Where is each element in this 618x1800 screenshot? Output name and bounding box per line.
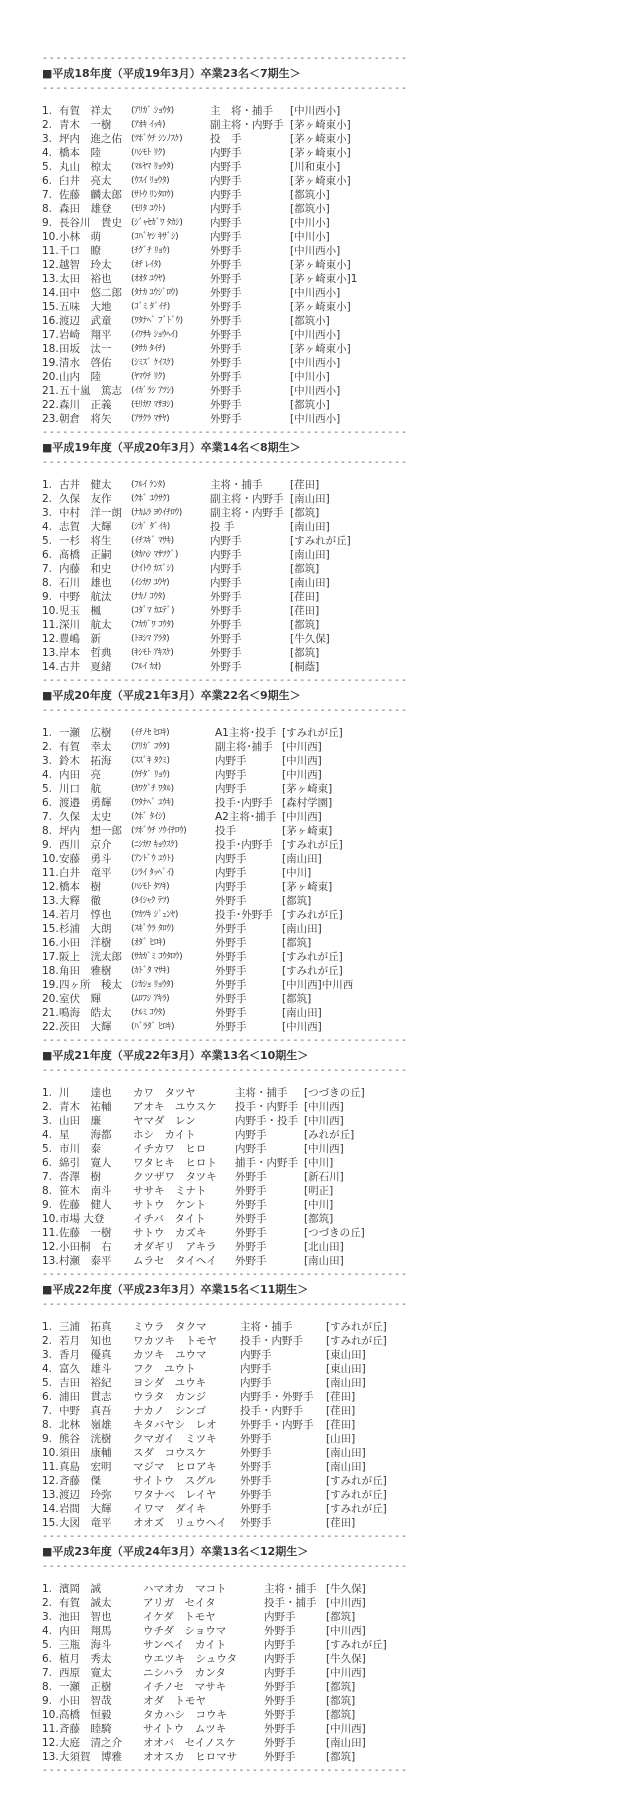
player-position: 内野手: [210, 202, 242, 216]
graduating-class-section: ----------------------------------------…: [42, 1034, 422, 1268]
player-number: 3.: [42, 506, 52, 520]
player-name-kana: イチバ タイト: [133, 1212, 206, 1226]
player-name-kana: (ｼｶｼｮ ﾘｮｳﾀ): [131, 978, 174, 992]
player-position: 投手: [215, 824, 236, 838]
player-name: 岩間 大輝: [59, 1502, 112, 1516]
player-name-kana: (ﾂﾎﾞｳﾁ ｿｳｲﾁﾛｳ): [131, 824, 186, 838]
player-position: 外野手: [210, 412, 242, 426]
player-position: 内野手: [235, 1142, 267, 1156]
player-name: 市場 大登: [59, 1212, 104, 1226]
player-name: 深川 航太: [59, 618, 112, 632]
player-school: [すみれが丘]: [326, 1474, 387, 1488]
player-school: [都筑]: [290, 618, 319, 632]
player-name-kana: クツザワ タツキ: [133, 1170, 217, 1184]
player-position: 内野手: [210, 230, 242, 244]
section-header: ■平成22年度（平成23年3月）卒業15名＜11期生＞: [42, 1282, 422, 1298]
section-header: ■平成23年度（平成24年3月）卒業13名＜12期生＞: [42, 1544, 422, 1560]
player-name: 沓澤 樹: [59, 1170, 101, 1184]
player-number: 13.: [42, 272, 59, 286]
player-position: 主将・捕手: [210, 478, 263, 492]
player-position: 外野手: [215, 1020, 247, 1034]
player-number: 16.: [42, 314, 59, 328]
player-position: 外野手: [210, 398, 242, 412]
player-position: 投手・内野手: [240, 1334, 303, 1348]
player-row: 15.大図 竜平オオズ リュウヘイ外野手[荏田]: [42, 1516, 422, 1530]
player-name: 五味 大地: [59, 300, 112, 314]
player-row: 7.佐藤 麟太郎(ｻﾄｳ ﾘﾝﾀﾛｳ)内野手[都筑小]: [42, 188, 422, 202]
player-row: 3.池田 智也イケダ トモヤ内野手[都筑]: [42, 1610, 422, 1624]
player-name-kana: (ﾜｶﾂｷ ｼﾞｭﾝﾔ): [131, 908, 178, 922]
player-number: 5.: [42, 534, 52, 548]
player-school: [中川西小]: [290, 356, 340, 370]
player-school: [中川西]: [282, 810, 322, 824]
player-school: [中川西]: [282, 768, 322, 782]
player-name: 一杉 将生: [59, 534, 112, 548]
player-number: 7.: [42, 1170, 52, 1184]
player-position: 外野手: [264, 1680, 296, 1694]
player-number: 4.: [42, 1128, 52, 1142]
player-name-kana: (ﾀﾅｶ ﾕｳｼﾞﾛｳ): [131, 286, 178, 300]
divider: ----------------------------------------…: [42, 1064, 407, 1078]
player-name: 中野 真吾: [59, 1404, 112, 1418]
player-position: 内野手: [210, 174, 242, 188]
player-name: 茨田 大輝: [59, 1020, 112, 1034]
player-number: 13.: [42, 894, 59, 908]
player-row: 13.大須賀 博雅オオスカ ヒロマサ外野手[都筑]: [42, 1750, 422, 1764]
player-name: 村瀬 泰平: [59, 1254, 112, 1268]
player-name: 大庭 清之介: [59, 1736, 122, 1750]
player-row: 6.髙橋 正嗣(ﾀｶﾊｼ ﾏｻﾂｸﾞ)内野手[南山田]: [42, 548, 422, 562]
player-school: [中川西小]: [290, 104, 340, 118]
player-school: [中川西]: [304, 1142, 344, 1156]
player-school: [茅ヶ崎東小]: [290, 118, 351, 132]
player-position: 内野手: [215, 866, 247, 880]
player-position: 外野手: [235, 1254, 267, 1268]
player-school: [都筑小]: [290, 314, 330, 328]
player-name: 白井 竜平: [59, 866, 112, 880]
player-name: 久保 太史: [59, 810, 112, 824]
player-name-kana: (ｱｻｸﾗ ﾏｻﾔ): [131, 412, 169, 426]
player-school: [中川]: [282, 866, 311, 880]
player-row: 16.渡辺 武童(ﾜﾀﾅﾍﾞ ﾌﾞﾄﾞｳ)外野手[都筑小]: [42, 314, 422, 328]
player-position: 外野手: [240, 1516, 272, 1530]
player-name-kana: サトウ カズキ: [133, 1226, 207, 1240]
player-row: 13.大釋 徹(ﾀｲｼｬｸ ﾃﾂ)外野手[都筑]: [42, 894, 422, 908]
player-name-kana: (ﾏﾙﾔﾏ ﾘｮｳﾀ): [131, 160, 174, 174]
player-name-kana: (ﾁｸﾞﾁ ﾘｮｳ): [131, 244, 170, 258]
player-number: 16.: [42, 936, 59, 950]
player-name-kana: カワ タツヤ: [133, 1086, 196, 1100]
player-number: 17.: [42, 950, 59, 964]
player-name-kana: (ｱﾘｶﾞ ｺｳﾀ): [131, 740, 170, 754]
player-row: 13.渡辺 玲弥ワタナベ レイヤ外野手[すみれが丘]: [42, 1488, 422, 1502]
player-position: 外野手: [210, 646, 242, 660]
player-position: 外野手: [215, 922, 247, 936]
player-school: [南山田]: [326, 1446, 366, 1460]
player-row: 21.鳴海 皓太(ﾅﾙﾐ ｺｳﾀ)外野手[南山田]: [42, 1006, 422, 1020]
player-position: 外野手: [210, 244, 242, 258]
player-position: 外野手: [210, 384, 242, 398]
player-name-kana: スダ コウスケ: [133, 1446, 206, 1460]
player-name: 久保 友作: [59, 492, 112, 506]
player-number: 7.: [42, 188, 52, 202]
player-name-kana: (ﾊﾞﾗﾀﾞ ﾋﾛｷ): [131, 1020, 174, 1034]
player-number: 3.: [42, 1610, 52, 1624]
player-row: 10.高橋 恒毅タカハシ コウキ外野手[都筑]: [42, 1708, 422, 1722]
player-name: 岸本 哲典: [59, 646, 112, 660]
player-name-kana: イワマ ダイキ: [133, 1502, 206, 1516]
player-row: 20.山内 陸(ﾔﾏｳﾁ ﾘｸ)外野手[中川小]: [42, 370, 422, 384]
player-school: [明正]: [304, 1184, 333, 1198]
player-name-kana: キタバヤシ レオ: [133, 1418, 217, 1432]
player-name: 森田 雄登: [59, 202, 112, 216]
player-name-kana: (ｱﾘｶﾞ ｼｮｳﾀ): [131, 104, 174, 118]
player-school: [すみれが丘]: [326, 1502, 387, 1516]
player-name: 臼井 亮太: [59, 174, 112, 188]
player-name: 笹木 南斗: [59, 1184, 112, 1198]
player-name: 丸山 椋太: [59, 160, 112, 174]
player-row: 1.一瀬 広樹(ｲﾁﾉｾ ﾋﾛｷ)A1主将･投手[すみれが丘]: [42, 726, 422, 740]
player-row: 5.三瓶 海斗サンペイ カイト内野手[すみれが丘]: [42, 1638, 422, 1652]
player-row: 11.白井 竜平(ｼﾗｲ ﾀｯﾍﾟｲ)内野手[中川]: [42, 866, 422, 880]
player-position: 外野手: [215, 1006, 247, 1020]
player-position: 外野手: [264, 1736, 296, 1750]
player-name-kana: ホシ カイト: [133, 1128, 196, 1142]
player-name: 内田 亮: [59, 768, 101, 782]
player-row: 14.古井 夏緒(ﾌﾙｲ ｶｵ)外野手[桐蔭]: [42, 660, 422, 674]
player-number: 7.: [42, 562, 52, 576]
player-position: 内野手: [215, 768, 247, 782]
player-row: 2.有賀 誠太アリガ セイタ投手・捕手[中川西]: [42, 1596, 422, 1610]
player-name-kana: (ﾜﾀﾅﾍﾞ ﾕｳｷ): [131, 796, 174, 810]
player-position: 内野手: [210, 548, 242, 562]
player-row: 12.越智 玲太(ｵﾁ ﾚｲﾀ)外野手[茅ヶ崎東小]: [42, 258, 422, 272]
player-position: 外野手: [235, 1184, 267, 1198]
player-name-kana: イケダ トモヤ: [143, 1610, 216, 1624]
player-number: 4.: [42, 520, 52, 534]
player-school: [牛久保]: [326, 1582, 366, 1596]
player-position: 内野手: [264, 1666, 296, 1680]
player-name: 一瀬 広樹: [59, 726, 112, 740]
player-school: [中川]: [304, 1156, 333, 1170]
player-position: 外野手: [210, 300, 242, 314]
player-name-kana: (ｲﾜｻｷ ｼｮｳﾍｲ): [131, 328, 178, 342]
player-name: 吉田 裕紀: [59, 1376, 112, 1390]
player-number: 12.: [42, 1240, 59, 1254]
player-number: 6.: [42, 1156, 52, 1170]
player-row: 15.五味 大地(ｺﾞﾐ ﾀﾞｲﾁ)外野手[茅ヶ崎東小]: [42, 300, 422, 314]
player-name-kana: フク ユウト: [133, 1362, 196, 1376]
player-name-kana: (ｷｼﾓﾄ ｱｷｽｹ): [131, 646, 174, 660]
player-number: 18.: [42, 342, 59, 356]
player-number: 12.: [42, 1474, 59, 1488]
player-position: 外野手: [264, 1624, 296, 1638]
player-name: 池田 智也: [59, 1610, 112, 1624]
player-position: 内野手・外野手: [240, 1390, 314, 1404]
player-number: 17.: [42, 328, 59, 342]
player-position: 副主将・内野手: [210, 118, 284, 132]
player-number: 9.: [42, 838, 52, 852]
player-position: 投手・捕手: [264, 1596, 317, 1610]
player-name: 佐藤 健人: [59, 1198, 112, 1212]
player-number: 10.: [42, 230, 59, 244]
player-number: 5.: [42, 782, 52, 796]
player-school: [みれが丘]: [304, 1128, 354, 1142]
player-school: [中川西小]: [290, 244, 340, 258]
player-school: [南山田]: [290, 576, 330, 590]
player-name-kana: ワカツキ トモヤ: [133, 1334, 217, 1348]
player-name-kana: (ｱｵｷ ｲｯｷ): [131, 118, 165, 132]
player-number: 6.: [42, 1390, 52, 1404]
player-name: 千口 瞭: [59, 244, 101, 258]
player-name-kana: オダ トモヤ: [143, 1694, 206, 1708]
player-name-kana: サンペイ カイト: [143, 1638, 226, 1652]
player-name-kana: (ﾌﾙｲ ｶｵ): [131, 660, 161, 674]
player-number: 1.: [42, 1582, 52, 1596]
player-name: 若月 惇也: [59, 908, 112, 922]
player-name: 渡辺 玲弥: [59, 1488, 112, 1502]
graduating-class-section: ----------------------------------------…: [42, 52, 422, 426]
player-school: [中川小]: [290, 230, 330, 244]
player-row: 12.豊嶋 新(ﾄﾖｼﾏ ｱﾗﾀ)外野手[牛久保]: [42, 632, 422, 646]
player-row: 6.綿引 寛人ワタヒキ ヒロト捕手・内野手[中川]: [42, 1156, 422, 1170]
player-number: 8.: [42, 202, 52, 216]
player-name-kana: (ﾌﾙｲ ｹﾝﾀ): [131, 478, 165, 492]
player-school: [茅ヶ崎東小]: [290, 258, 351, 272]
player-row: 11.真島 宏明マジマ ヒロアキ外野手[南山田]: [42, 1460, 422, 1474]
player-name-kana: (ｸﾎﾞ ﾕｳｻｸ): [131, 492, 170, 506]
player-school: [都筑小]: [290, 188, 330, 202]
player-name: 佐藤 麟太郎: [59, 188, 122, 202]
player-number: 8.: [42, 1418, 52, 1432]
player-position: 副主将・内野手: [210, 492, 284, 506]
player-number: 13.: [42, 1750, 59, 1764]
player-position: 外野手: [240, 1502, 272, 1516]
player-row: 10.安藤 勇斗(ｱﾝﾄﾞｳ ﾕｳﾄ)内野手[南山田]: [42, 852, 422, 866]
player-number: 12.: [42, 880, 59, 894]
player-name-kana: (ｶﾄﾞﾀ ﾏｻｷ): [131, 964, 170, 978]
player-row: 13.村瀬 泰平ムラセ タイヘイ外野手[南山田]: [42, 1254, 422, 1268]
player-number: 14.: [42, 660, 59, 674]
divider: ----------------------------------------…: [42, 426, 407, 440]
player-name: 長谷川 貴史: [59, 216, 122, 230]
player-position: 内野手: [264, 1610, 296, 1624]
player-name-kana: (ﾓﾘﾀ ﾕｳﾄ): [131, 202, 165, 216]
player-name-kana: (ｻﾄｳ ﾘﾝﾀﾛｳ): [131, 188, 174, 202]
player-school: [都筑]: [304, 1212, 333, 1226]
player-row: 1.三浦 拓真ミウラ タクマ主将・捕手[すみれが丘]: [42, 1320, 422, 1334]
player-position: A2主将･捕手: [215, 810, 276, 824]
player-row: 22.茨田 大輝(ﾊﾞﾗﾀﾞ ﾋﾛｷ)外野手[中川西]: [42, 1020, 422, 1034]
player-school: [南山田]: [290, 548, 330, 562]
player-school: [都筑]: [290, 646, 319, 660]
player-name-kana: ウチダ ショウマ: [143, 1624, 226, 1638]
player-name-kana: (ﾅｶﾉ ｺｳﾀ): [131, 590, 165, 604]
player-position: 外野手: [210, 342, 242, 356]
player-position: 外野手: [215, 936, 247, 950]
player-school: [都筑]: [326, 1708, 355, 1722]
player-name: 杉浦 大朗: [59, 922, 112, 936]
player-row: 1.濱岡 誠ハマオカ マコト主将・捕手[牛久保]: [42, 1582, 422, 1596]
player-name-kana: (ﾀｻｶ ﾀｲﾁ): [131, 342, 165, 356]
player-name-kana: (ﾅﾙﾐ ｺｳﾀ): [131, 1006, 165, 1020]
player-name: 越智 玲太: [59, 258, 112, 272]
player-name: 五十嵐 篤志: [59, 384, 122, 398]
player-name: 阪上 洸太郎: [59, 950, 122, 964]
player-number: 10.: [42, 604, 59, 618]
player-row: 10.市場 大登イチバ タイト外野手[都筑]: [42, 1212, 422, 1226]
player-position: 外野手・内野手: [240, 1418, 314, 1432]
player-school: [南山田]: [326, 1376, 366, 1390]
player-number: 2.: [42, 1334, 52, 1348]
player-position: 主将・捕手: [235, 1086, 288, 1100]
player-number: 5.: [42, 160, 52, 174]
player-name-kana: ウラタ カンジ: [133, 1390, 206, 1404]
player-school: [都筑]: [326, 1680, 355, 1694]
player-row: 13.岸本 哲典(ｷｼﾓﾄ ｱｷｽｹ)外野手[都筑]: [42, 646, 422, 660]
player-name-kana: タカハシ コウキ: [143, 1708, 227, 1722]
player-number: 21.: [42, 1006, 59, 1020]
player-school: [都筑]: [290, 562, 319, 576]
player-name: 坪内 進之佑: [59, 132, 122, 146]
player-name-kana: オオスカ ヒロマサ: [143, 1750, 237, 1764]
player-number: 23.: [42, 412, 59, 426]
player-school: [南山田]: [326, 1460, 366, 1474]
player-row: 2.青木 一樹(ｱｵｷ ｲｯｷ)副主将・内野手[茅ヶ崎東小]: [42, 118, 422, 132]
player-name: 三浦 拓真: [59, 1320, 112, 1334]
player-position: 内野手: [210, 576, 242, 590]
player-name: 田中 悠二郎: [59, 286, 122, 300]
player-row: 9.中野 航汰(ﾅｶﾉ ｺｳﾀ)外野手[荏田]: [42, 590, 422, 604]
player-school: [南山田]: [282, 852, 322, 866]
player-row: 3.坪内 進之佑(ﾂﾎﾞｳﾁ ｼﾝﾉｽｹ)投 手[茅ヶ崎東小]: [42, 132, 422, 146]
spacer: [42, 470, 422, 478]
player-number: 12.: [42, 1736, 59, 1750]
player-school: [中川西小]: [290, 286, 340, 300]
player-position: 外野手: [210, 272, 242, 286]
player-name-kana: (ｱﾝﾄﾞｳ ﾕｳﾄ): [131, 852, 174, 866]
player-position: 外野手: [240, 1474, 272, 1488]
player-number: 9.: [42, 1198, 52, 1212]
player-row: 7.中野 真吾ナカノ シンゴ投手・内野手[荏田]: [42, 1404, 422, 1418]
player-position: 外野手: [215, 992, 247, 1006]
player-row: 20.室伏 輝(ﾑﾛﾌｼ ｱｷﾗ)外野手[都筑]: [42, 992, 422, 1006]
player-position: 外野手: [264, 1750, 296, 1764]
player-row: 2.有賀 幸太(ｱﾘｶﾞ ｺｳﾀ)副主将･捕手[中川西]: [42, 740, 422, 754]
player-name-kana: ワタヒキ ヒロト: [133, 1156, 217, 1170]
player-name: 橋本 樹: [59, 880, 101, 894]
player-name-kana: (ﾀｲｼｬｸ ﾃﾂ): [131, 894, 169, 908]
player-school: [つづきの丘]: [304, 1226, 365, 1240]
player-school: [茅ヶ崎東]: [282, 880, 332, 894]
player-number: 4.: [42, 146, 52, 160]
player-name-kana: サイトウ スグル: [133, 1474, 216, 1488]
player-school: [都筑]: [326, 1610, 355, 1624]
spacer: [42, 1574, 422, 1582]
player-position: 主将・捕手: [264, 1582, 317, 1596]
player-name-kana: (ｼﾐｽﾞ ｹｲｽｹ): [131, 356, 174, 370]
player-number: 15.: [42, 922, 59, 936]
player-school: [都筑]: [326, 1694, 355, 1708]
player-row: 11.斉藤 睦騎サイトウ ムツキ外野手[中川西]: [42, 1722, 422, 1736]
player-row: 10.須田 康輔スダ コウスケ外野手[南山田]: [42, 1446, 422, 1460]
player-row: 4.志賀 大輝(ｼｶﾞ ﾀﾞｲｷ)投 手[南山田]: [42, 520, 422, 534]
player-position: 外野手: [240, 1432, 272, 1446]
player-name-kana: ササキ ミナト: [133, 1184, 207, 1198]
player-name: 渡辺 武童: [59, 314, 112, 328]
player-number: 10.: [42, 852, 59, 866]
player-school: [茅ヶ崎東小]: [290, 132, 351, 146]
player-row: 17.阪上 洸太郎(ｻｶｶﾞﾐ ｺｳﾀﾛｳ)外野手[すみれが丘]: [42, 950, 422, 964]
player-position: 外野手: [210, 286, 242, 300]
player-name-kana: (ｼﾞｬｾｶﾞﾜ ﾀｶｼ): [131, 216, 183, 230]
player-row: 11.深川 航太(ﾌｶｶﾞﾜ ｺｳﾀ)外野手[都筑]: [42, 618, 422, 632]
player-position: 内野手: [210, 160, 242, 174]
player-school: [川和東小]: [290, 160, 340, 174]
player-name: 角田 雅樹: [59, 964, 112, 978]
player-name-kana: (ﾀｶﾊｼ ﾏｻﾂｸﾞ): [131, 548, 178, 562]
player-row: 2.青木 祐輔アオキ ユウスケ投手・内野手[中川西]: [42, 1100, 422, 1114]
player-number: 18.: [42, 964, 59, 978]
player-row: 13.太田 裕也(ｵｵﾀ ﾕｳﾔ)外野手[茅ヶ崎東小]1: [42, 272, 422, 286]
player-position: 外野手: [264, 1722, 296, 1736]
player-name-kana: (ﾜﾀﾅﾍﾞ ﾌﾞﾄﾞｳ): [131, 314, 183, 328]
player-position: 外野手: [235, 1226, 267, 1240]
player-row: 1.古井 健太(ﾌﾙｲ ｹﾝﾀ)主将・捕手[荏田]: [42, 478, 422, 492]
player-row: 5.丸山 椋太(ﾏﾙﾔﾏ ﾘｮｳﾀ)内野手[川和東小]: [42, 160, 422, 174]
player-name-kana: (ｳｽｲ ﾘｮｳﾀ): [131, 174, 169, 188]
player-number: 14.: [42, 286, 59, 300]
player-name-kana: イチカワ ヒロ: [133, 1142, 206, 1156]
player-name: 有賀 誠太: [59, 1596, 112, 1610]
player-number: 15.: [42, 1516, 59, 1530]
player-name: 岩崎 翔平: [59, 328, 112, 342]
player-position: 内野手: [210, 188, 242, 202]
player-position: 捕手・内野手: [235, 1156, 298, 1170]
player-school: [中川西]: [304, 1114, 344, 1128]
player-row: 19.清水 啓佑(ｼﾐｽﾞ ｹｲｽｹ)外野手[中川西小]: [42, 356, 422, 370]
player-name: 中村 洋一朗: [59, 506, 122, 520]
player-school: [中川]: [304, 1198, 333, 1212]
player-school: [茅ヶ崎東小]: [290, 300, 351, 314]
player-position: 主将・捕手: [240, 1320, 293, 1334]
player-number: 1.: [42, 1086, 52, 1100]
player-position: 外野手: [235, 1198, 267, 1212]
player-row: 12.大庭 清之介オオバ セイノスケ外野手[南山田]: [42, 1736, 422, 1750]
player-name-kana: アリガ セイタ: [143, 1596, 216, 1610]
divider: ----------------------------------------…: [42, 52, 407, 66]
player-school: [桐蔭]: [290, 660, 319, 674]
graduating-class-section: ----------------------------------------…: [42, 426, 422, 674]
player-row: 10.児玉 楓(ｺﾀﾞﾏ ｶｴﾃﾞ)外野手[荏田]: [42, 604, 422, 618]
player-number: 9.: [42, 216, 52, 230]
player-school: [中川西]: [282, 754, 322, 768]
player-name-kana: (ﾅｲﾄｳ ｶｽﾞｼ): [131, 562, 174, 576]
player-row: 12.斉藤 傑サイトウ スグル外野手[すみれが丘]: [42, 1474, 422, 1488]
player-row: 12.橋本 樹(ﾊｼﾓﾄ ﾀﾂｷ)内野手[茅ヶ崎東]: [42, 880, 422, 894]
player-name: 西川 京介: [59, 838, 112, 852]
player-school: [南山田]: [304, 1254, 344, 1268]
player-name: 濱岡 誠: [59, 1582, 101, 1596]
player-name-kana: (ｶﾜｸﾞﾁ ﾜﾀﾙ): [131, 782, 174, 796]
player-name-kana: (ｲｶﾞﾗｼ ｱﾂｼ): [131, 384, 174, 398]
player-school: [荏田]: [290, 604, 319, 618]
player-number: 11.: [42, 244, 59, 258]
player-row: 5.市川 泰イチカワ ヒロ内野手[中川西]: [42, 1142, 422, 1156]
player-school: [すみれが丘]: [326, 1488, 387, 1502]
player-name-kana: ヨシダ ユウキ: [133, 1376, 206, 1390]
player-number: 12.: [42, 632, 59, 646]
